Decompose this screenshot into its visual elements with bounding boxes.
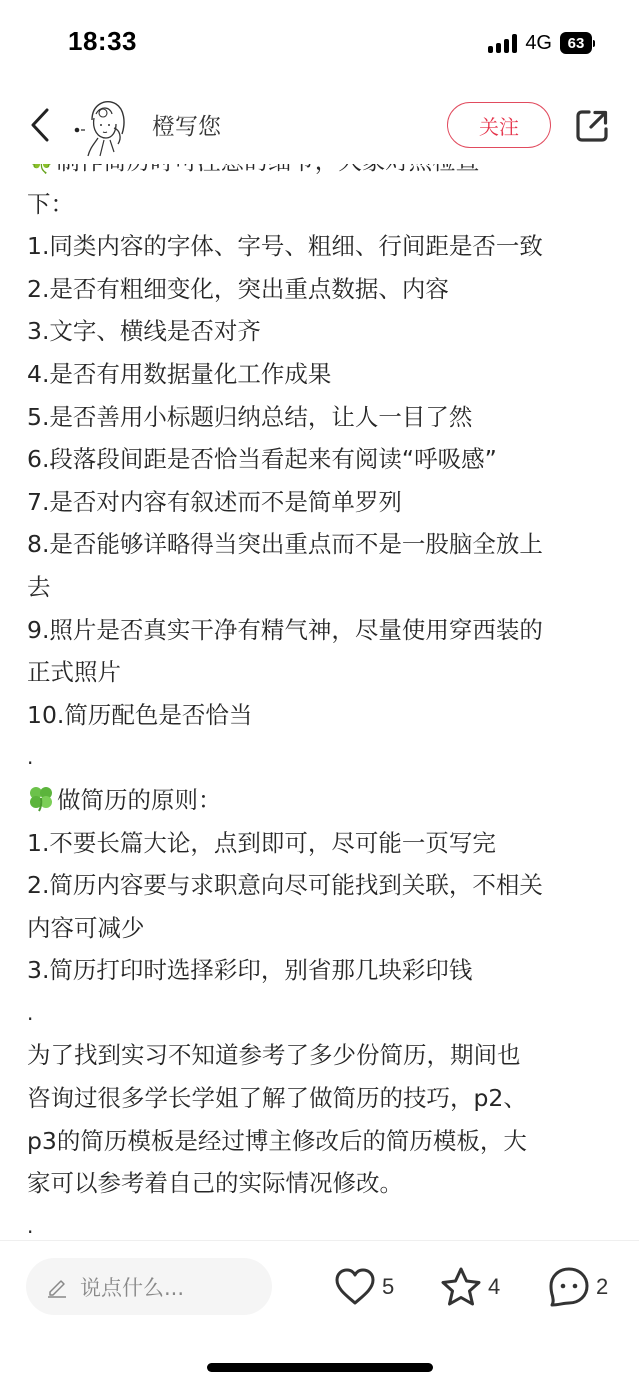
- star-icon: [439, 1266, 483, 1308]
- home-indicator[interactable]: [207, 1363, 433, 1372]
- checklist-item: 2.是否有粗细变化，突出重点数据、内容: [27, 268, 612, 311]
- checklist-item: 9.照片是否真实干净有精气神，尽量使用穿西装的: [27, 609, 612, 652]
- closing-line: 为了找到实习不知道参考了多少份简历，期间也: [27, 1034, 612, 1077]
- checklist-item: 7.是否对内容有叙述而不是简单罗列: [27, 481, 612, 524]
- signal-icon: [488, 33, 517, 53]
- checklist-item: 10.简历配色是否恰当: [27, 694, 612, 737]
- comment-input[interactable]: 说点什么...: [26, 1258, 272, 1315]
- status-bar: 18:33 4G 63: [0, 0, 639, 86]
- separator-dot: .: [27, 1205, 612, 1240]
- chevron-left-icon: [29, 107, 51, 143]
- battery-icon: 63: [560, 32, 595, 54]
- checklist-item-continued: 正式照片: [27, 651, 612, 694]
- checklist-item: 5.是否善用小标题归纳总结，让人一目了然: [27, 396, 612, 439]
- closing-line: 咨询过很多学长学姐了解了做简历的技巧，p2、: [27, 1077, 612, 1120]
- back-button[interactable]: [22, 104, 58, 146]
- checklist-item: 4.是否有用数据量化工作成果: [27, 353, 612, 396]
- checklist-item: 8.是否能够详略得当突出重点而不是一股脑全放上: [27, 523, 612, 566]
- status-time: 18:33: [68, 26, 137, 57]
- checklist-item: 1.同类内容的字体、字号、粗细、行间距是否一致: [27, 225, 612, 268]
- principles-heading: 做简历的原则：: [27, 779, 612, 822]
- comment-placeholder: 说点什么...: [80, 1272, 184, 1302]
- collect-button[interactable]: 4: [439, 1265, 500, 1309]
- pencil-icon: [46, 1276, 68, 1298]
- note-content: 🍀制作简历时可注意的细节，大家对照检查一 下： 1.同类内容的字体、字号、粗细、…: [0, 140, 639, 1240]
- comment-bubble-icon: [547, 1266, 591, 1308]
- principles-list: 1.不要长篇大论，点到即可，尽可能一页写完 2.简历内容要与求职意向尽可能找到关…: [27, 822, 612, 992]
- share-button[interactable]: [572, 106, 612, 146]
- avatar[interactable]: [70, 92, 136, 158]
- checklist: 1.同类内容的字体、字号、粗细、行间距是否一致 2.是否有粗细变化，突出重点数据…: [27, 225, 612, 736]
- separator-dot: .: [27, 736, 612, 779]
- checklist-item: 3.文字、横线是否对齐: [27, 310, 612, 353]
- principle-item-continued: 内容可减少: [27, 907, 612, 950]
- bottom-action-bar: 说点什么... 5 4 2: [0, 1241, 639, 1385]
- status-indicators: 4G 63: [488, 30, 595, 56]
- network-type: 4G: [525, 32, 552, 55]
- checklist-item-continued: 去: [27, 566, 612, 609]
- principles-heading-text: 做简历的原则：: [57, 786, 222, 814]
- comment-button[interactable]: 2: [547, 1265, 608, 1309]
- intro-line-tail: 下：: [27, 183, 612, 226]
- note-header: 橙写您 关注: [0, 86, 639, 164]
- checklist-item: 6.段落段间距是否恰当看起来有阅读“呼吸感”: [27, 438, 612, 481]
- principle-item: 2.简历内容要与求职意向尽可能找到关联，不相关: [27, 864, 612, 907]
- closing-paragraph: 为了找到实习不知道参考了多少份简历，期间也 咨询过很多学长学姐了解了做简历的技巧…: [27, 1034, 612, 1204]
- follow-button[interactable]: 关注: [447, 102, 551, 148]
- like-count: 5: [382, 1274, 394, 1300]
- heart-icon: [333, 1267, 377, 1307]
- principle-item: 1.不要长篇大论，点到即可，尽可能一页写完: [27, 822, 612, 865]
- like-button[interactable]: 5: [333, 1265, 394, 1309]
- collect-count: 4: [488, 1274, 500, 1300]
- author-name[interactable]: 橙写您: [152, 108, 221, 141]
- avatar-illustration-icon: [70, 92, 136, 158]
- clover-icon: [27, 784, 55, 812]
- separator-dot: .: [27, 992, 612, 1035]
- closing-line: 家可以参考着自己的实际情况修改。: [27, 1162, 612, 1205]
- comment-count: 2: [596, 1274, 608, 1300]
- principle-item: 3.简历打印时选择彩印，别省那几块彩印钱: [27, 949, 612, 992]
- share-icon: [574, 108, 610, 144]
- battery-level: 63: [560, 32, 592, 54]
- closing-line: p3的简历模板是经过博主修改后的简历模板，大: [27, 1120, 612, 1163]
